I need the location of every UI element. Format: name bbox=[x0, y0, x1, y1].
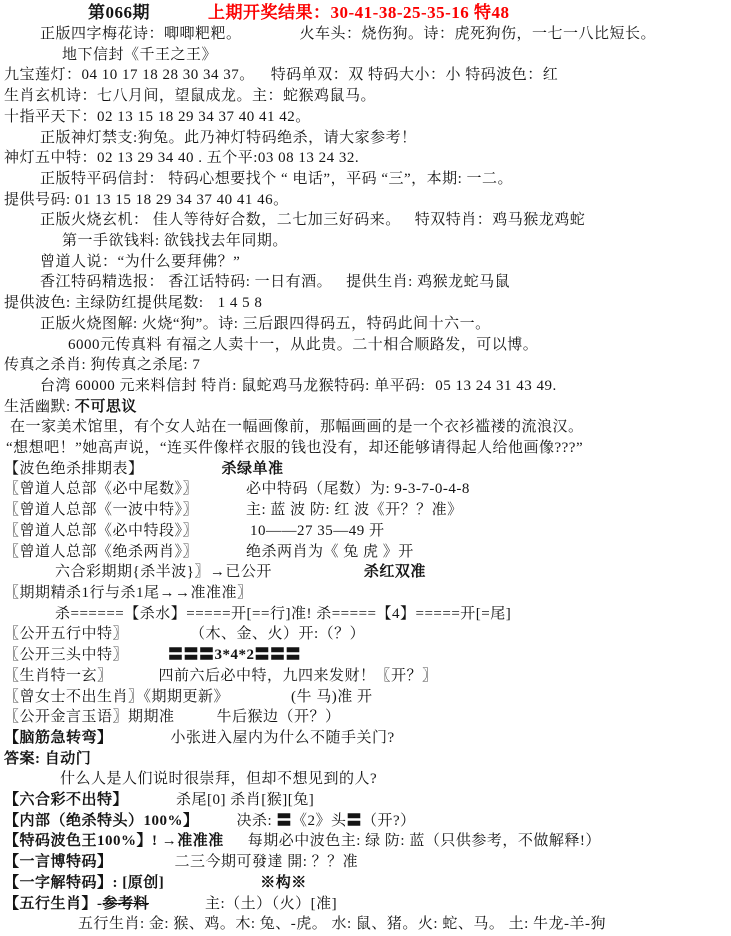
last-draw-result-text: 上期开奖结果：30-41-38-25-35-16 特48 bbox=[208, 2, 510, 24]
text-segment: 火车头：烧伤狗。诗：虎死狗伤，一七一八比短长。 bbox=[300, 24, 657, 45]
text-line: 〖曾道人总部《绝杀两肖》〗绝杀两肖为《 兔 虎 》开 bbox=[0, 542, 731, 563]
text-segment: 答案: 自动门 bbox=[4, 749, 91, 770]
document-body: 第066期上期开奖结果：30-41-38-25-35-16 特48正版四字梅花诗… bbox=[0, 2, 731, 935]
text-line: 〖公开三头中特〗〓〓〓3*4*2〓〓〓 bbox=[0, 645, 731, 666]
text-line: 什么人是人们说时很崇拜，但却不想见到的人? bbox=[0, 769, 731, 790]
text-line: 〖曾道人总部《一波中特》〗主: 蓝 波 防: 红 波《开？？准》 bbox=[0, 500, 731, 521]
text-segment: 〖公开三头中特〗 bbox=[4, 645, 128, 666]
text-segment: 香江特码精选报： 香江话特码: 一日有酒。 bbox=[40, 272, 332, 293]
text-line: 【内部（绝杀特头）100%】决杀: 〓《2》头〓（开?） bbox=[0, 811, 731, 832]
text-line: 十指平天下：02 13 15 18 29 34 37 40 41 42。 bbox=[0, 107, 731, 128]
text-segment: 神灯五中特：02 13 29 34 40 . 五个平:03 08 13 24 3… bbox=[4, 148, 359, 169]
text-line: 【一字解特码】: [原创]※构※ bbox=[0, 873, 731, 894]
text-segment: 10——27 35—49 开 bbox=[250, 521, 385, 542]
text-segment: 五行生肖: 金: 猴、鸡。木: 兔、-虎。 水: 鼠、猪。火: 蛇、马。 土: … bbox=[78, 914, 606, 935]
text-segment: 杀红双准 bbox=[364, 562, 426, 583]
text-line: 第一手欲钱料: 欲钱找去年同期。 bbox=[0, 231, 731, 252]
text-segment: 杀绿单准 bbox=[222, 459, 284, 480]
text-line: 杀======【杀水】=====开[==行]准! 杀=====【4】=====开… bbox=[0, 604, 731, 625]
text-segment: 【波色绝杀排期表】 bbox=[4, 459, 144, 480]
text-line: 【一言博特码】二三今期可發達 開: ？？准 bbox=[0, 852, 731, 873]
text-segment: 【特码波色王100%】! →准准准 bbox=[4, 831, 224, 852]
text-line: 九宝莲灯：04 10 17 18 28 30 34 37。特码单双：双 特码大小… bbox=[0, 65, 731, 86]
text-line: 〖曾道人总部《必中特段》〗10——27 35—49 开 bbox=[0, 521, 731, 542]
text-segment: 正版特平码信封： 特码心想要找个 “ 电话”，平码 “三”，本期: 一二。 bbox=[40, 169, 513, 190]
text-segment: 第一手欲钱料: 欲钱找去年同期。 bbox=[62, 231, 288, 252]
text-segment: 特双特肖：鸡马猴龙鸡蛇 bbox=[415, 210, 586, 231]
text-segment: 曾道人说：“为什么要拜佛？” bbox=[40, 252, 240, 273]
text-segment: 〖期期精杀1行与杀1尾→→准准准〗 bbox=[4, 583, 253, 604]
text-segment: 提供波色: 主绿防红提供尾数: bbox=[4, 293, 204, 314]
text-line: 正版火烧玄机： 佳人等待好合数，二七加三好码来。特双特肖：鸡马猴龙鸡蛇 bbox=[0, 210, 731, 231]
text-line: 提供号码: 01 13 15 18 29 34 37 40 41 46。 bbox=[0, 190, 731, 211]
text-segment: 主: 蓝 波 防: 红 波《开？？准》 bbox=[246, 500, 463, 521]
text-segment: 正版四字梅花诗：唧唧粑粑。 bbox=[40, 24, 242, 45]
text-segment: “想想吧！”她高声说，“连买件像样衣服的钱也没有，却还能够请得起人给他画像???… bbox=[6, 438, 583, 459]
text-segment: 小张进入屋内为什么不随手关门? bbox=[171, 728, 395, 749]
text-segment: 主:（土）（火）[准] bbox=[205, 894, 337, 915]
text-line: 提供波色: 主绿防红提供尾数:1 4 5 8 bbox=[0, 293, 731, 314]
text-line: 【六合彩不出特】杀尾[0] 杀肖[猴][兔] bbox=[0, 790, 731, 811]
text-segment: 【一言博特码】 bbox=[4, 852, 113, 873]
text-segment: 〖曾女士不出生肖〗《期期更新》 bbox=[4, 687, 229, 708]
text-segment: 十指平天下：02 13 15 18 29 34 37 40 41 42。 bbox=[4, 107, 311, 128]
text-line: 答案: 自动门 bbox=[0, 749, 731, 770]
text-segment: 6000元传真料 有福之人卖十一，从此贵。二十相合顺路发，可以博。 bbox=[68, 335, 538, 356]
text-segment: 参考料 bbox=[103, 894, 150, 915]
text-segment: 决杀: bbox=[237, 811, 277, 832]
text-line: 台湾 60000 元来料信封 特肖: 鼠蛇鸡马龙猴特码: 单平码:05 13 2… bbox=[0, 376, 731, 397]
text-segment: 〓 bbox=[346, 811, 362, 832]
text-segment: 〓〓〓3*4*2〓〓〓 bbox=[168, 645, 301, 666]
text-segment: 传真之杀肖: 狗传真之杀尾: 7 bbox=[4, 355, 200, 376]
text-segment: 每期必中波色主: 绿 防: 蓝（只供参考，不做解释!） bbox=[248, 831, 601, 852]
text-line: 【波色绝杀排期表】杀绿单准 bbox=[0, 459, 731, 480]
text-segment: 〖生肖特一玄〗 bbox=[4, 666, 113, 687]
text-segment: 六合彩期期{杀半波}〗→已公开 bbox=[55, 562, 272, 583]
text-segment: 提供号码: 01 13 15 18 29 34 37 40 41 46。 bbox=[4, 190, 289, 211]
text-segment: 〖公开金言玉语〗期期准 bbox=[4, 707, 175, 728]
text-segment: 【五行生肖】- bbox=[4, 894, 103, 915]
text-line: 生活幽默: 不可思议 bbox=[0, 397, 731, 418]
text-line: 〖生肖特一玄〗四前六后必中特，九四来发财！〖开？〗 bbox=[0, 666, 731, 687]
text-segment: 《2》头 bbox=[292, 811, 347, 832]
text-segment: 二三今期可發達 開: ？？准 bbox=[175, 852, 359, 873]
text-segment: 【六合彩不出特】 bbox=[4, 790, 128, 811]
text-segment: 四前六后必中特，九四来发财！〖开？〗 bbox=[159, 666, 438, 687]
text-segment: 05 13 24 31 43 49. bbox=[435, 376, 557, 397]
text-segment: 正版神灯禁支:狗兔。此乃神灯特码绝杀，请大家参考！ bbox=[40, 128, 417, 149]
text-segment: 台湾 60000 元来料信封 特肖: 鼠蛇鸡马龙猴特码: 单平码: bbox=[40, 376, 425, 397]
text-line: “想想吧！”她高声说，“连买件像样衣服的钱也没有，却还能够请得起人给他画像???… bbox=[0, 438, 731, 459]
text-segment: (牛 马)准 开 bbox=[291, 687, 373, 708]
text-segment: 牛后猴边（开？） bbox=[217, 707, 341, 728]
text-segment: 正版火烧图解: 火烧“狗”。诗: 三后跟四得码五，特码此间十六一。 bbox=[40, 314, 491, 335]
text-line: 【脑筋急转弯】小张进入屋内为什么不随手关门? bbox=[0, 728, 731, 749]
text-segment: 〖公开五行中特〗 bbox=[4, 624, 128, 645]
text-segment: 在一家美术馆里，有个女人站在一幅画像前，那幅画画的是一个衣衫褴褛的流浪汉。 bbox=[10, 417, 584, 438]
text-segment: 【内部（绝杀特头）100%】 bbox=[4, 811, 199, 832]
text-segment: 地下信封《千王之王》 bbox=[62, 45, 217, 66]
text-line: 【五行生肖】-参考料主:（土）（火）[准] bbox=[0, 894, 731, 915]
text-line: 在一家美术馆里，有个女人站在一幅画像前，那幅画画的是一个衣衫褴褛的流浪汉。 bbox=[0, 417, 731, 438]
lottery-tip-sheet: 第066期上期开奖结果：30-41-38-25-35-16 特48正版四字梅花诗… bbox=[0, 0, 731, 936]
text-line: 生肖玄机诗：七八月间，望鼠成龙。主：蛇猴鸡鼠马。 bbox=[0, 86, 731, 107]
text-line: 五行生肖: 金: 猴、鸡。木: 兔、-虎。 水: 鼠、猪。火: 蛇、马。 土: … bbox=[0, 914, 731, 935]
text-line: 〖曾女士不出生肖〗《期期更新》(牛 马)准 开 bbox=[0, 687, 731, 708]
text-line: 神灯五中特：02 13 29 34 40 . 五个平:03 08 13 24 3… bbox=[0, 148, 731, 169]
text-segment: 杀======【杀水】=====开[==行]准! 杀=====【4】=====开… bbox=[55, 604, 511, 625]
text-line: 〖公开五行中特〗（木、金、火）开:（？） bbox=[0, 624, 731, 645]
text-segment: 【一字解特码】: [原创] bbox=[4, 873, 164, 894]
text-segment: 〓 bbox=[276, 811, 292, 832]
text-segment: 〖曾道人总部《一波中特》〗 bbox=[4, 500, 198, 521]
text-line: 正版火烧图解: 火烧“狗”。诗: 三后跟四得码五，特码此间十六一。 bbox=[0, 314, 731, 335]
text-line: 〖期期精杀1行与杀1尾→→准准准〗 bbox=[0, 583, 731, 604]
text-segment: 必中特码（尾数）为: 9-3-7-0-4-8 bbox=[246, 479, 470, 500]
text-line: 6000元传真料 有福之人卖十一，从此贵。二十相合顺路发，可以博。 bbox=[0, 335, 731, 356]
text-line: 正版四字梅花诗：唧唧粑粑。火车头：烧伤狗。诗：虎死狗伤，一七一八比短长。 bbox=[0, 24, 731, 45]
text-line: 传真之杀肖: 狗传真之杀尾: 7 bbox=[0, 355, 731, 376]
text-segment: 杀尾[0] 杀肖[猴][兔] bbox=[176, 790, 314, 811]
text-segment: 绝杀两肖为《 兔 虎 》开 bbox=[246, 542, 414, 563]
text-segment: 生肖玄机诗：七八月间，望鼠成龙。主：蛇猴鸡鼠马。 bbox=[4, 86, 376, 107]
text-line: 六合彩期期{杀半波}〗→已公开杀红双准 bbox=[0, 562, 731, 583]
text-segment: 第066期 bbox=[88, 2, 150, 24]
text-line: 曾道人说：“为什么要拜佛？” bbox=[0, 252, 731, 273]
text-segment: （开?） bbox=[362, 811, 416, 832]
text-line: 〖曾道人总部《必中尾数》〗必中特码（尾数）为: 9-3-7-0-4-8 bbox=[0, 479, 731, 500]
text-line: 正版特平码信封： 特码心想要找个 “ 电话”，平码 “三”，本期: 一二。 bbox=[0, 169, 731, 190]
text-line: 香江特码精选报： 香江话特码: 一日有酒。提供生肖: 鸡猴龙蛇马鼠 bbox=[0, 272, 731, 293]
text-segment: 九宝莲灯：04 10 17 18 28 30 34 37。 bbox=[4, 65, 255, 86]
text-segment: 提供生肖: 鸡猴龙蛇马鼠 bbox=[346, 272, 510, 293]
text-segment: 特码单双：双 特码大小：小 特码波色：红 bbox=[271, 65, 559, 86]
text-segment: 什么人是人们说时很崇拜，但却不想见到的人? bbox=[60, 769, 377, 790]
text-line: 〖公开金言玉语〗期期准牛后猴边（开？） bbox=[0, 707, 731, 728]
text-segment: 〖曾道人总部《绝杀两肖》〗 bbox=[4, 542, 198, 563]
header-line: 第066期上期开奖结果：30-41-38-25-35-16 特48 bbox=[0, 2, 731, 24]
text-line: 地下信封《千王之王》 bbox=[0, 45, 731, 66]
text-segment: 不可思议 bbox=[75, 397, 137, 418]
text-segment: （木、金、火）开:（？） bbox=[190, 624, 365, 645]
text-segment: 〖曾道人总部《必中尾数》〗 bbox=[4, 479, 198, 500]
text-line: 正版神灯禁支:狗兔。此乃神灯特码绝杀，请大家参考！ bbox=[0, 128, 731, 149]
text-line: 【特码波色王100%】! →准准准每期必中波色主: 绿 防: 蓝（只供参考，不做… bbox=[0, 831, 731, 852]
text-segment: 〖曾道人总部《必中特段》〗 bbox=[4, 521, 198, 542]
text-segment: 1 4 5 8 bbox=[218, 293, 263, 314]
text-segment: 正版火烧玄机： 佳人等待好合数，二七加三好码来。 bbox=[40, 210, 401, 231]
text-segment: 生活幽默: bbox=[4, 397, 75, 418]
text-segment: 【脑筋急转弯】 bbox=[4, 728, 113, 749]
text-segment: ※构※ bbox=[260, 873, 307, 894]
